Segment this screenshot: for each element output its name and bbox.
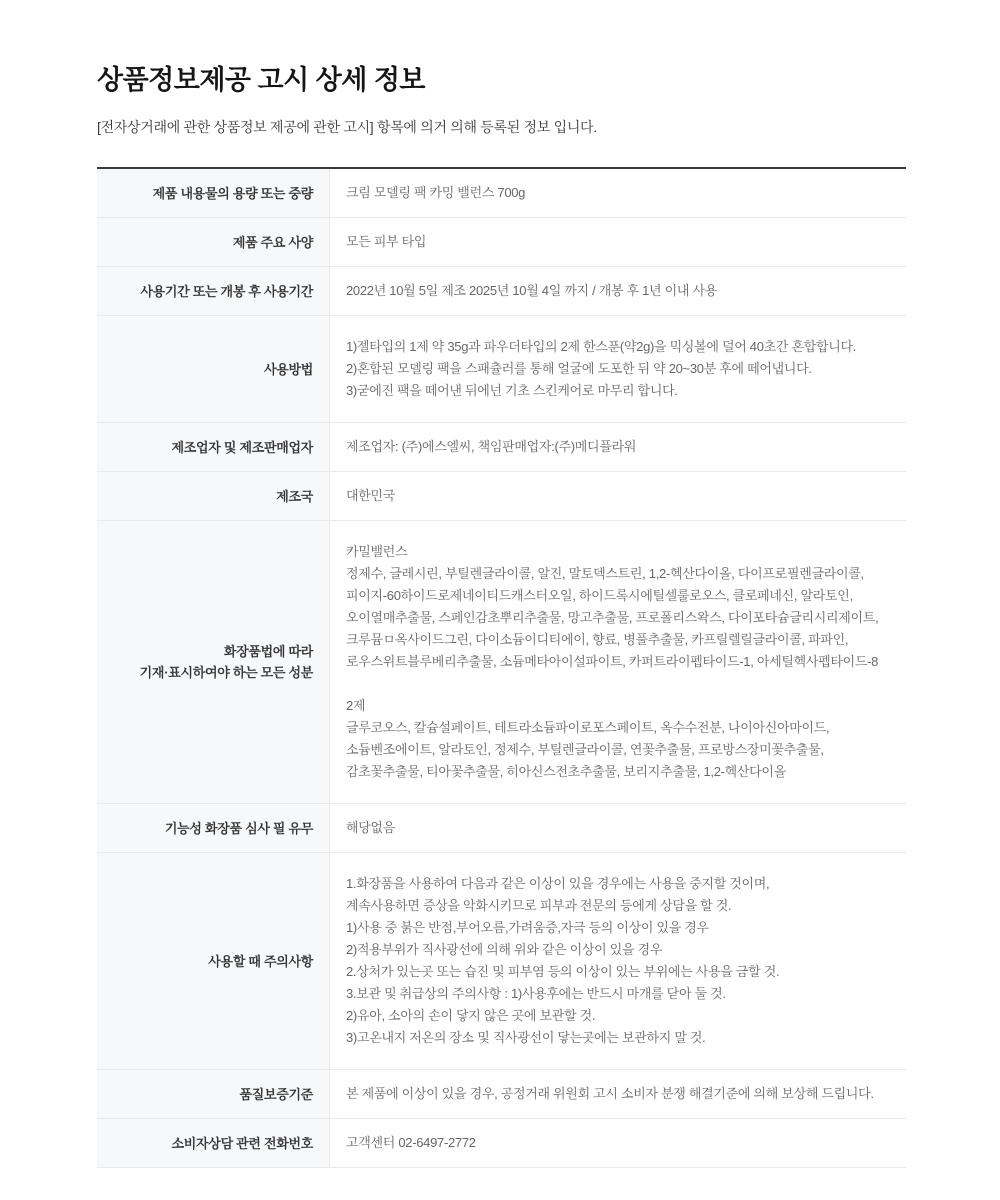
row-label: 화장품법에 따라 기재·표시하여야 하는 모든 성분 — [97, 521, 330, 803]
table-row-customer-service: 소비자상담 관련 전화번호 고객센터 02-6497-2772 — [97, 1119, 906, 1168]
row-value: 고객센터 02-6497-2772 — [330, 1119, 906, 1167]
table-row-expiry: 사용기간 또는 개봉 후 사용기간 2022년 10월 5일 제조 2025년 … — [97, 267, 906, 316]
row-label: 제품 내용물의 용량 또는 중량 — [97, 169, 330, 217]
row-value: 본 제품에 이상이 있을 경우, 공정거래 위원회 고시 소비자 분쟁 해결기준… — [330, 1070, 906, 1118]
row-label: 소비자상담 관련 전화번호 — [97, 1119, 330, 1167]
row-value: 크림 모델링 팩 카밍 밸런스 700g — [330, 169, 906, 217]
row-value: 1.화장품을 사용하여 다음과 같은 이상이 있을 경우에는 사용을 중지할 것… — [330, 853, 906, 1069]
table-row-usage: 사용방법 1)젤타입의 1제 약 35g과 파우더타입의 2제 한스푼(약2g)… — [97, 316, 906, 423]
row-value: 모든 피부 타입 — [330, 218, 906, 266]
row-value: 대한민국 — [330, 472, 906, 520]
row-value: 해당없음 — [330, 804, 906, 852]
table-row-warranty: 품질보증기준 본 제품에 이상이 있을 경우, 공정거래 위원회 고시 소비자 … — [97, 1070, 906, 1119]
table-row-functional: 기능성 화장품 심사 필 유무 해당없음 — [97, 804, 906, 853]
table-row-capacity: 제품 내용물의 용량 또는 중량 크림 모델링 팩 카밍 밸런스 700g — [97, 169, 906, 218]
row-label: 사용기간 또는 개봉 후 사용기간 — [97, 267, 330, 315]
table-row-ingredients: 화장품법에 따라 기재·표시하여야 하는 모든 성분 카밀밸런스 정제수, 글레… — [97, 521, 906, 804]
product-info-table: 제품 내용물의 용량 또는 중량 크림 모델링 팩 카밍 밸런스 700g 제품… — [97, 167, 906, 1168]
table-row-manufacturer: 제조업자 및 제조판매업자 제조업자: (주)에스엘씨, 책임판매업자:(주)메… — [97, 423, 906, 472]
page-title: 상품정보제공 고시 상세 정보 — [97, 58, 1000, 97]
product-info-page: 상품정보제공 고시 상세 정보 [전자상거래에 관한 상품정보 제공에 관한 고… — [0, 0, 1000, 1200]
row-value: 카밀밸런스 정제수, 글레시린, 부틸렌글라이콜, 알진, 말토덱스트린, 1,… — [330, 521, 906, 803]
row-label: 제조업자 및 제조판매업자 — [97, 423, 330, 471]
table-row-spec: 제품 주요 사양 모든 피부 타입 — [97, 218, 906, 267]
row-value: 1)젤타입의 1제 약 35g과 파우더타입의 2제 한스푼(약2g)을 믹싱볼… — [330, 316, 906, 422]
row-label: 제조국 — [97, 472, 330, 520]
row-label: 사용방법 — [97, 316, 330, 422]
table-row-precautions: 사용할 때 주의사항 1.화장품을 사용하여 다음과 같은 이상이 있을 경우에… — [97, 853, 906, 1070]
row-label: 제품 주요 사양 — [97, 218, 330, 266]
row-label: 품질보증기준 — [97, 1070, 330, 1118]
row-label: 사용할 때 주의사항 — [97, 853, 330, 1069]
row-value: 2022년 10월 5일 제조 2025년 10월 4일 까지 / 개봉 후 1… — [330, 267, 906, 315]
row-label: 기능성 화장품 심사 필 유무 — [97, 804, 330, 852]
table-row-country: 제조국 대한민국 — [97, 472, 906, 521]
row-value: 제조업자: (주)에스엘씨, 책임판매업자:(주)메디플라워 — [330, 423, 906, 471]
page-subtitle: [전자상거래에 관한 상품정보 제공에 관한 고시] 항목에 의거 의해 등록된… — [97, 117, 1000, 137]
